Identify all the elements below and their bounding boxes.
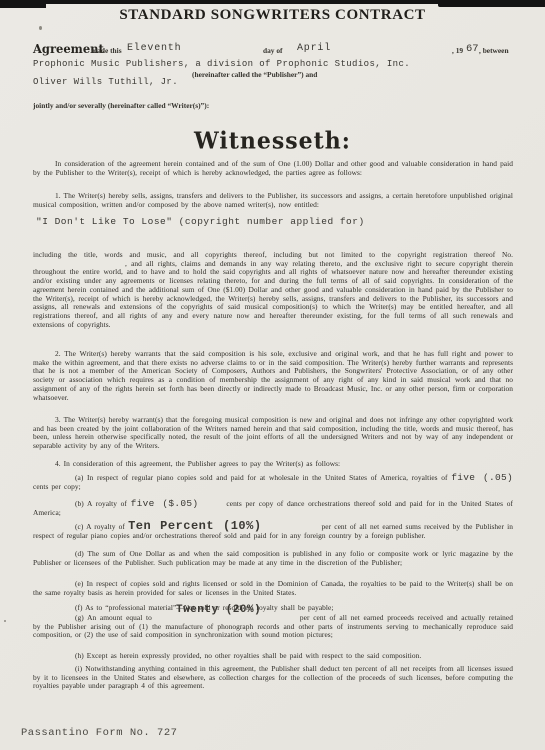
clause-a-text-post: cents per copy; — [33, 482, 81, 491]
clause-a-text: (a) In respect of regular piano copies s… — [75, 473, 448, 482]
day-fill: Eleventh — [127, 43, 181, 54]
year-fill: 67 — [466, 43, 479, 55]
month-fill: April — [297, 43, 331, 54]
song-title-fill: "I Don't Like To Lose" (copyright number… — [36, 216, 365, 227]
writer-name-fill: Oliver Wills Tuthill, Jr. — [33, 77, 178, 87]
clause-g: (g) An amount equal toper cent of all ne… — [33, 614, 513, 640]
clause-g-text: (g) An amount equal to — [75, 613, 152, 622]
publisher-note: (hereinafter called the “Publisher”) and — [192, 70, 317, 79]
clause-a: (a) In respect of regular piano copies s… — [33, 474, 513, 491]
clause-c: (c) A royalty of Ten Percent (10%)per ce… — [33, 522, 513, 540]
writers-note: jointly and/or severally (hereinafter ca… — [33, 101, 209, 110]
clause-h: (h) Except as herein expressly provided,… — [33, 652, 513, 661]
document-title: STANDARD SONGWRITERS CONTRACT — [0, 7, 545, 24]
between-label: , between — [479, 46, 509, 55]
day-of-label: day of — [263, 46, 283, 55]
form-number: Passantino Form No. 727 — [21, 727, 177, 739]
year-prefix-label: , 19 — [452, 46, 463, 55]
continuation-part1: including the title, words and music, an… — [33, 250, 513, 259]
paragraph-3: 3. The Writer(s) hereby warrant(s) that … — [33, 416, 513, 451]
royalty-b-fill: five ($.05) — [131, 498, 199, 509]
paragraph-4-intro: 4. In consideration of this agreement, t… — [33, 460, 513, 469]
clause-i: (i) Notwithstanding anything contained i… — [33, 665, 513, 691]
royalty-a-fill: five (.05) — [451, 472, 513, 483]
paragraph-2: 2. The Writer(s) hereby warrants that th… — [33, 350, 513, 402]
paragraph-1-continuation: including the title, words and music, an… — [33, 251, 513, 329]
scan-speck — [4, 620, 6, 622]
paragraph-1: 1. The Writer(s) hereby sells, assigns, … — [33, 192, 513, 209]
scanned-contract-page: { "title": "STANDARD SONGWRITERS CONTRAC… — [0, 0, 545, 750]
scan-speck — [39, 26, 42, 30]
clause-c-text: (c) A royalty of — [75, 522, 125, 531]
witnesseth-word: Witnesseth: — [194, 127, 351, 154]
clause-b-text: (b) A royalty of — [75, 499, 127, 508]
witnesseth-heading: Witnesseth: — [0, 128, 545, 154]
intro-paragraph: In consideration of the agreement herein… — [33, 160, 513, 177]
scan-edge-top-right — [438, 0, 545, 7]
made-this-label: made this — [91, 46, 122, 55]
clause-e: (e) In respect of copies sold and rights… — [33, 580, 513, 597]
clause-b: (b) A royalty of five ($.05)cents per co… — [33, 500, 513, 517]
clause-d: (d) The sum of One Dollar as and when th… — [33, 550, 513, 567]
continuation-part2: , and all rights, claims and demands in … — [33, 259, 513, 329]
clause-f: (f) As to “professional material”—Not so… — [33, 604, 513, 613]
publisher-name-fill: Prophonic Music Publishers, a division o… — [33, 59, 410, 69]
